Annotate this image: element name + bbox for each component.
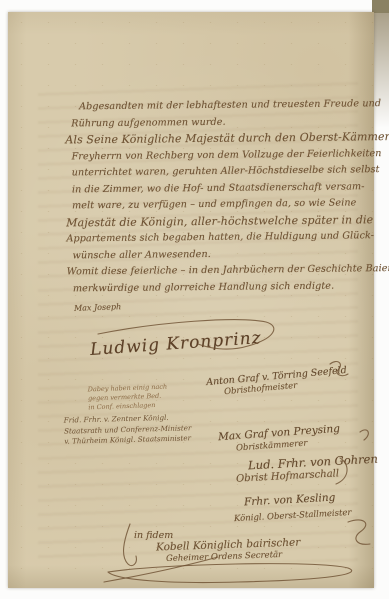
note-line: in Conf. einschlagen bbox=[88, 401, 168, 413]
signature-ludwig-kronprinz: Ludwig Kronprinz bbox=[90, 328, 263, 360]
signature-kesling-title: Königl. Oberst-Stallmeister bbox=[234, 508, 352, 524]
manuscript-body: Abgesandten mit der lebhaftesten und tre… bbox=[65, 97, 339, 298]
in-fidem-label: in fidem bbox=[134, 530, 173, 541]
body-line: unterrichtet waren, geruhten Aller-Höchs… bbox=[72, 163, 338, 182]
body-line: merkwürdige und glorreiche Handlung sich… bbox=[73, 278, 339, 297]
kobell-underline-flourish bbox=[108, 564, 352, 583]
body-line: Appartements sich begaben hatten, die Hu… bbox=[66, 229, 338, 248]
body-line: melt ware, zu verfügen – und empfingen d… bbox=[72, 196, 338, 215]
adjacent-page-corner bbox=[372, 0, 389, 13]
signature-max-joseph: Max Joseph bbox=[74, 302, 121, 313]
preysing-flourish bbox=[360, 430, 368, 440]
signature-kesling-name: Frhr. von Kesling bbox=[244, 492, 336, 509]
minister-line: v. Thürheim Königl. Staatsminister bbox=[64, 433, 192, 447]
minister-attestations: Frid. Frhr. v. Zentner Königl. Staatsrat… bbox=[64, 412, 192, 447]
body-line: Abgesandten mit der lebhaftesten und tre… bbox=[79, 97, 337, 116]
screenshot-root: { "colors": { "paper": "#d8cbac", "ink":… bbox=[0, 0, 389, 599]
kesling-flourish bbox=[348, 520, 370, 544]
manuscript-page: Abgesandten mit der lebhaftesten und tre… bbox=[8, 12, 374, 588]
marginal-note: Dabey haben einig nach gegen vermerkte B… bbox=[88, 383, 168, 413]
adjacent-page-edge bbox=[374, 13, 389, 128]
